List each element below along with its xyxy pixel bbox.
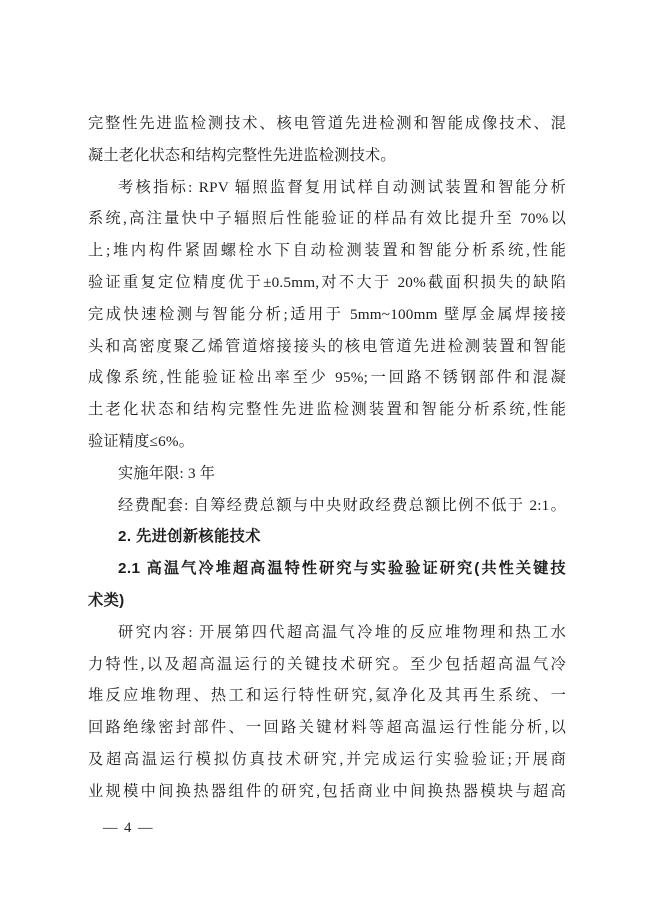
text-line: 业规模中间换热器组件的研究,包括商业中间换热器模块与超高 (88, 776, 566, 808)
page-number: — 4 — (103, 817, 154, 839)
text-line: 土老化状态和结构完整性先进监检测装置和智能分析系统,性能 (88, 394, 566, 426)
text-line: 及超高温运行模拟仿真技术研究,并完成运行实验验证;开展商 (88, 744, 566, 776)
text-line: 完整性先进监检测技术、核电管道先进检测和智能成像技术、混 (88, 108, 566, 140)
text-line: 实施年限: 3 年 (88, 458, 566, 490)
text-line: 力特性,以及超高温运行的关键技术研究。至少包括超高温气冷 (88, 649, 566, 681)
text-line: 考核指标: RPV 辐照监督复用试样自动测试装置和智能分析 (88, 172, 566, 204)
heading-line: 2.1 高温气冷堆超高温特性研究与实验验证研究(共性关键技 (88, 553, 566, 585)
heading-line: 术类) (88, 585, 566, 617)
text-line: 头和高密度聚乙烯管道熔接接头的核电管道先进检测装置和智能 (88, 331, 566, 363)
text-line: 凝土老化状态和结构完整性先进监检测技术。 (88, 140, 566, 172)
text-line: 验证精度≤6%。 (88, 426, 566, 458)
text-line: 完成快速检测与智能分析;适用于 5mm~100mm 壁厚金属焊接接 (88, 299, 566, 331)
text-line: 回路绝缘密封部件、一回路关键材料等超高温运行性能分析,以 (88, 712, 566, 744)
document-body: 完整性先进监检测技术、核电管道先进检测和智能成像技术、混凝土老化状态和结构完整性… (88, 108, 566, 808)
text-line: 堆反应堆物理、热工和运行特性研究,氦净化及其再生系统、一 (88, 680, 566, 712)
text-line: 验证重复定位精度优于±0.5mm,对不大于 20%截面积损失的缺陷 (88, 267, 566, 299)
text-line: 上;堆内构件紧固螺栓水下自动检测装置和智能分析系统,性能 (88, 235, 566, 267)
text-line: 系统,高注量快中子辐照后性能验证的样品有效比提升至 70%以 (88, 203, 566, 235)
heading-line: 2. 先进创新核能技术 (88, 521, 566, 553)
text-line: 经费配套: 自筹经费总额与中央财政经费总额比例不低于 2:1。 (88, 490, 566, 522)
document-page: { "document": { "lines": [ {"text": "完整性… (0, 0, 650, 919)
text-line: 成像系统,性能验证检出率至少 95%;一回路不锈钢部件和混凝 (88, 362, 566, 394)
text-line: 研究内容: 开展第四代超高温气冷堆的反应堆物理和热工水 (88, 617, 566, 649)
